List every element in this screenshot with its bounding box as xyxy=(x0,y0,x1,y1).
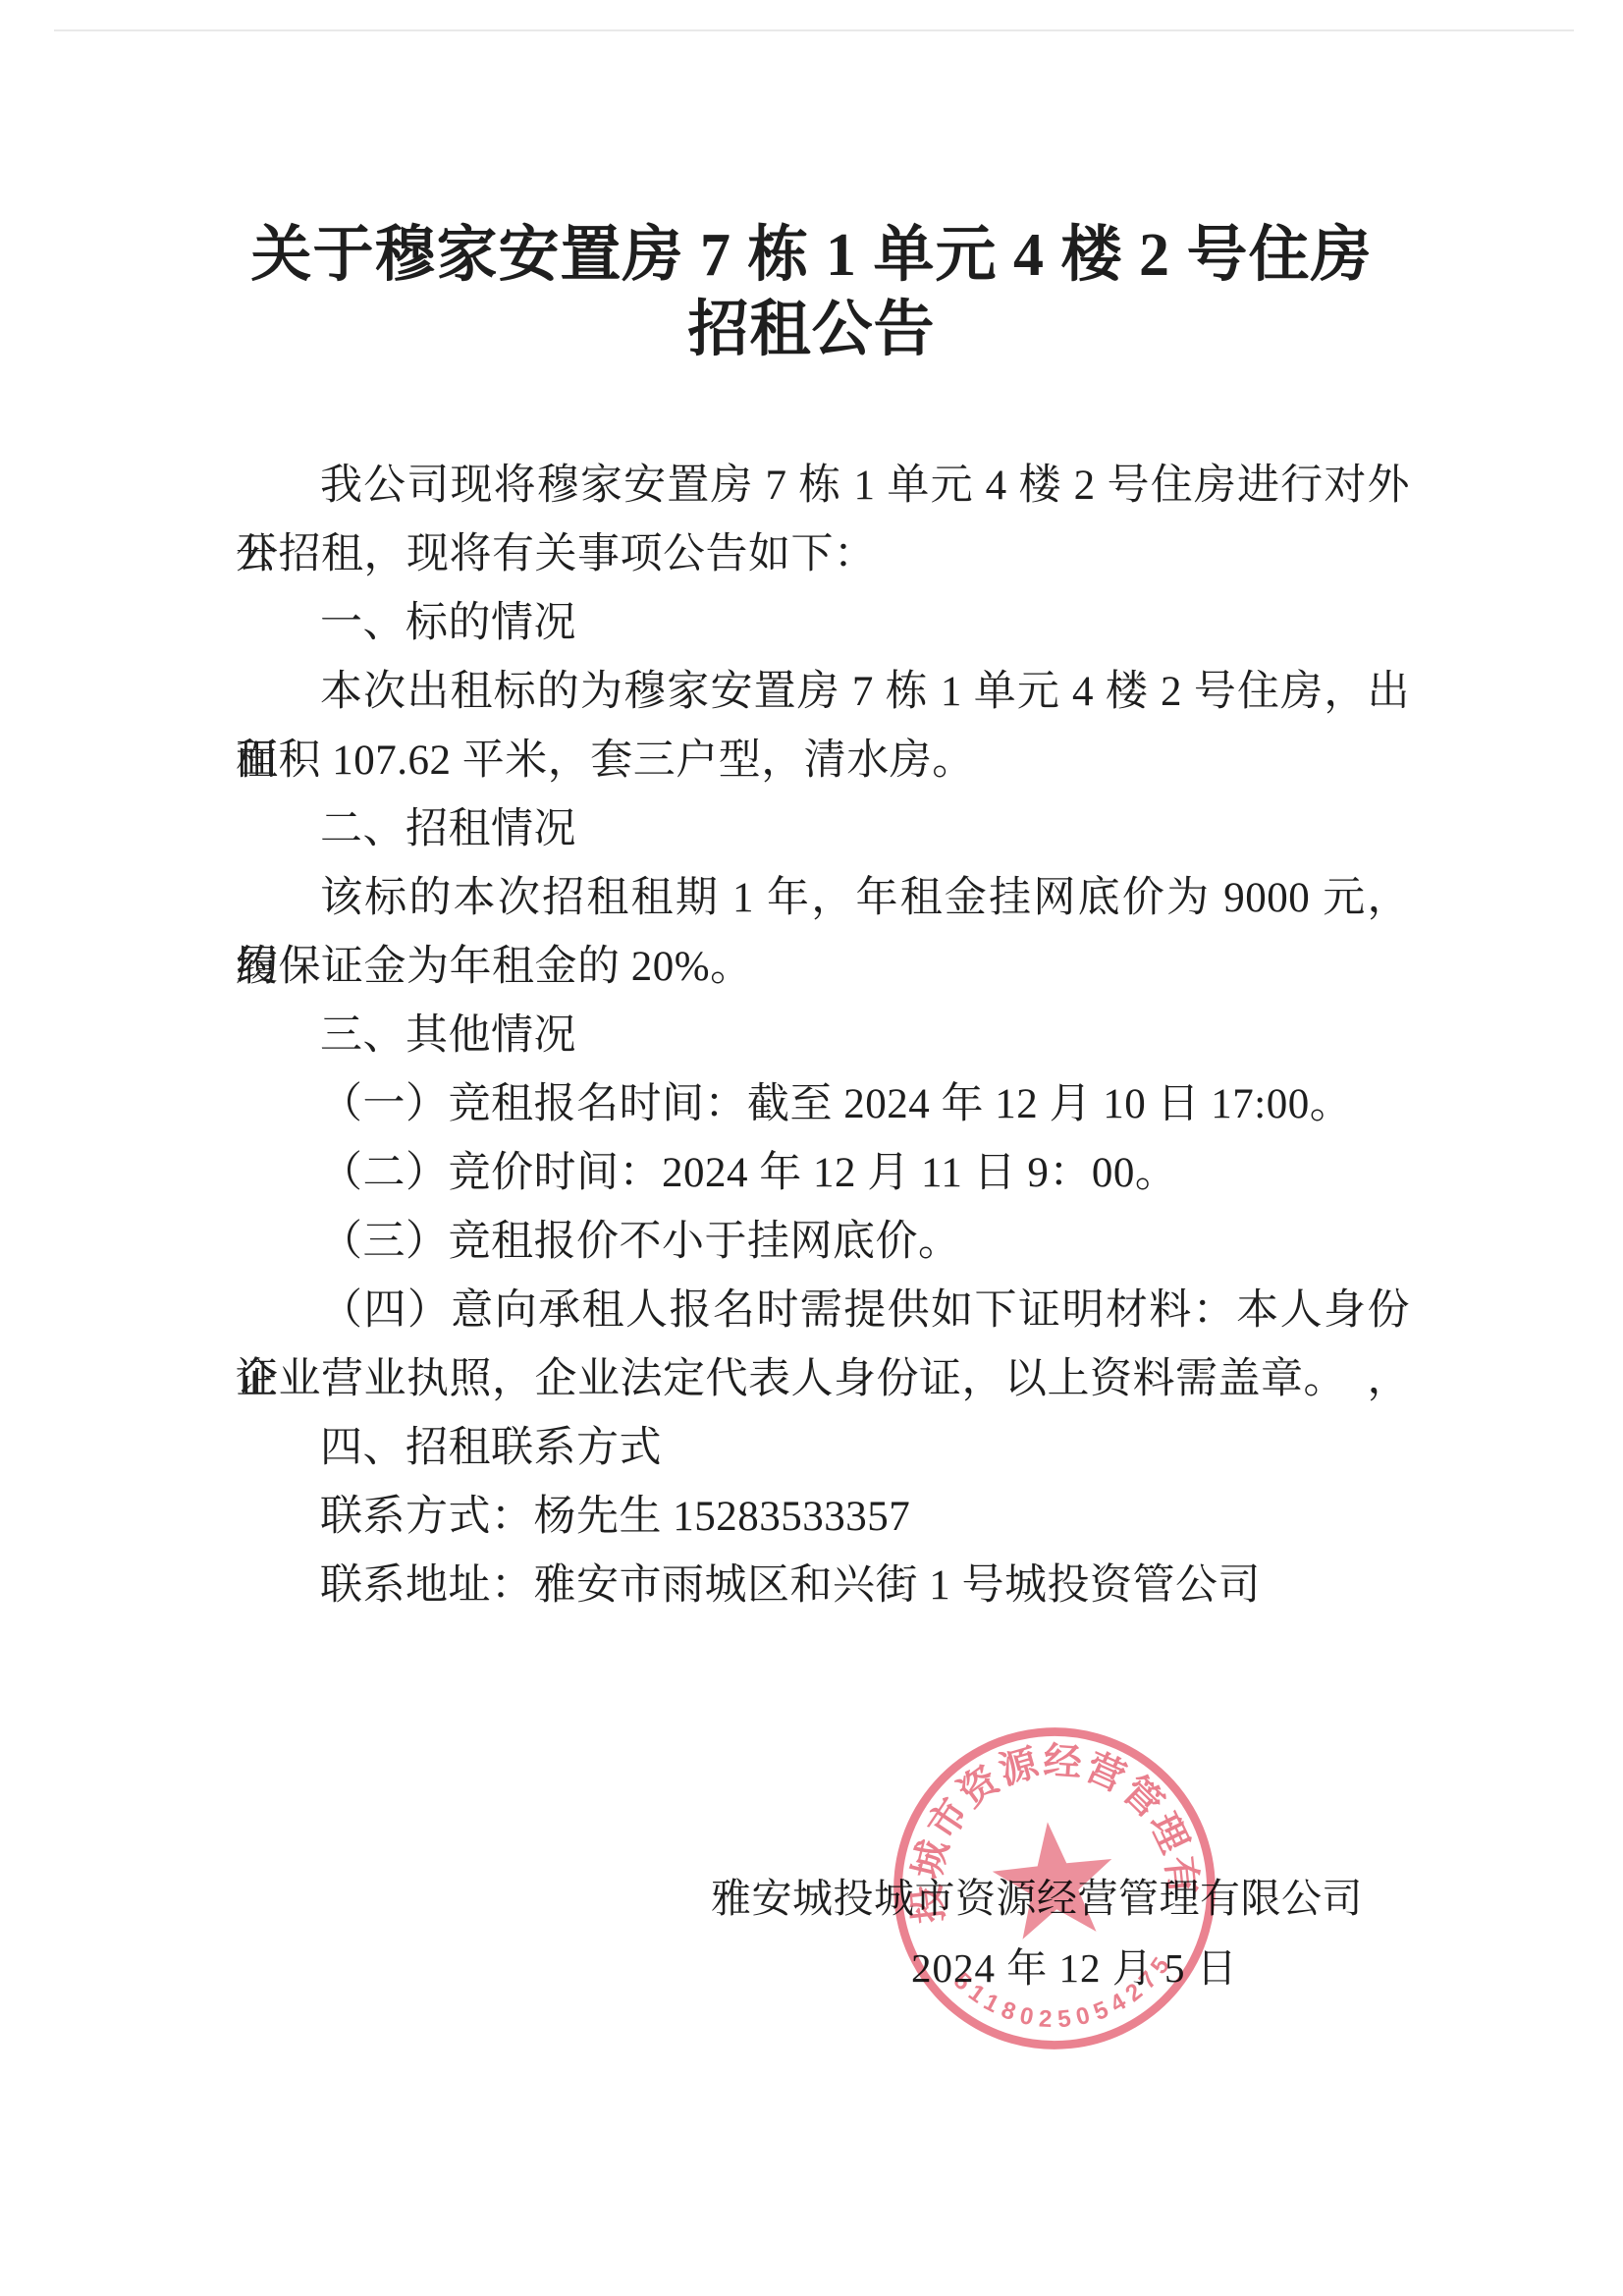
document-page: 关于穆家安置房 7 栋 1 单元 4 楼 2 号住房 招租公告 我公司现将穆家安… xyxy=(0,0,1623,2296)
body-line: （一）竞租报名时间：截至 2024 年 12 月 10 日 17:00。 xyxy=(236,1070,1410,1139)
body-line: 三、其他情况 xyxy=(236,1002,1410,1070)
body-line: 四、招租联系方式 xyxy=(236,1414,1410,1483)
body-line: 二、招租情况 xyxy=(236,795,1410,864)
body-line: （四）意向承租人报名时需提供如下证明材料：本人身份证， xyxy=(236,1277,1410,1345)
body-line: 开招租，现将有关事项公告如下： xyxy=(236,520,1410,589)
scan-artifact-line xyxy=(54,29,1574,31)
body-line: 面积 107.62 平米，套三户型，清水房。 xyxy=(236,727,1410,795)
body-line: 企业营业执照，企业法定代表人身份证，以上资料需盖章。 xyxy=(236,1345,1410,1414)
title-line-2: 招租公告 xyxy=(0,293,1623,367)
body-line: 约保证金为年租金的 20%。 xyxy=(236,933,1410,1002)
body-line: （二）竞价时间：2024 年 12 月 11 日 9：00。 xyxy=(236,1139,1410,1208)
body-lines: 我公司现将穆家安置房 7 栋 1 单元 4 楼 2 号住房进行对外公开招租，现将… xyxy=(236,452,1410,1620)
body-line: 本次出租标的为穆家安置房 7 栋 1 单元 4 楼 2 号住房，出租 xyxy=(236,658,1410,727)
body-line: 联系地址：雅安市雨城区和兴街 1 号城投资管公司 xyxy=(236,1552,1410,1620)
signature-company: 雅安城投城市资源经营管理有限公司 xyxy=(711,1864,1363,1933)
body-line: 联系方式：杨先生 15283533357 xyxy=(236,1483,1410,1552)
body-line: 我公司现将穆家安置房 7 栋 1 单元 4 楼 2 号住房进行对外公 xyxy=(236,452,1410,520)
title-line-1: 关于穆家安置房 7 栋 1 单元 4 楼 2 号住房 xyxy=(0,218,1623,293)
document-title: 关于穆家安置房 7 栋 1 单元 4 楼 2 号住房 招租公告 xyxy=(0,218,1623,367)
body-line: 该标的本次招租租期 1 年，年租金挂网底价为 9000 元，履 xyxy=(236,864,1410,933)
body-line: （三）竞租报价不小于挂网底价。 xyxy=(236,1208,1410,1277)
signature-date: 2024 年 12 月 5 日 xyxy=(911,1934,1238,2002)
body-line: 一、标的情况 xyxy=(236,589,1410,658)
